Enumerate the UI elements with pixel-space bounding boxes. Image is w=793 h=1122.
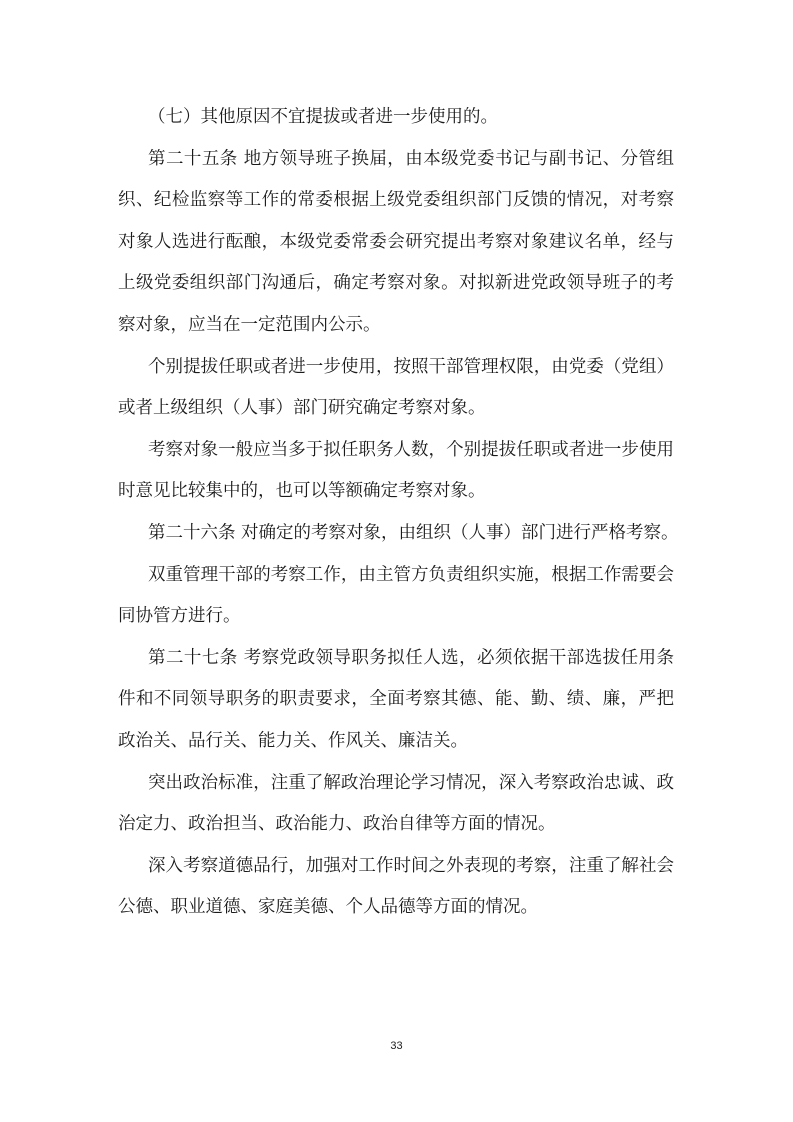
- text-line: 政治关、品行关、能力关、作风关、廉洁关。: [118, 724, 674, 766]
- text-line: 或者上级组织（人事）部门研究确定考察对象。: [118, 391, 674, 433]
- text-line: 第二十六条 对确定的考察对象，由组织（人事）部门进行严格考察。: [118, 516, 674, 558]
- text-line: 考察对象一般应当多于拟任职务人数，个别提拔任职或者进一步使用: [118, 433, 674, 475]
- text-line: 织、纪检监察等工作的常委根据上级党委组织部门反馈的情况，对考察: [118, 183, 674, 225]
- text-line: 个别提拔任职或者进一步使用，按照干部管理权限，由党委（党组）: [118, 350, 674, 392]
- page-number: 33: [0, 1040, 793, 1052]
- text-line: 第二十七条 考察党政领导职务拟任人选，必须依据干部选拔任用条: [118, 641, 674, 683]
- text-line: 时意见比较集中的，也可以等额确定考察对象。: [118, 474, 674, 516]
- text-line: 治定力、政治担当、政治能力、政治自律等方面的情况。: [118, 807, 674, 849]
- text-line: 察对象，应当在一定范围内公示。: [118, 308, 674, 350]
- text-line: 双重管理干部的考察工作，由主管方负责组织实施，根据工作需要会: [118, 558, 674, 600]
- text-line: 突出政治标准，注重了解政治理论学习情况，深入考察政治忠诚、政: [118, 766, 674, 808]
- text-line: 件和不同领导职务的职责要求，全面考察其德、能、勤、绩、廉，严把: [118, 682, 674, 724]
- text-line: 公德、职业道德、家庭美德、个人品德等方面的情况。: [118, 890, 674, 932]
- text-line: 对象人选进行酝酿，本级党委常委会研究提出考察对象建议名单，经与: [118, 225, 674, 267]
- document-body: （七）其他原因不宜提拔或者进一步使用的。 第二十五条 地方领导班子换届，由本级党…: [118, 100, 674, 932]
- text-line: 深入考察道德品行，加强对工作时间之外表现的考察，注重了解社会: [118, 849, 674, 891]
- text-line: 同协管方进行。: [118, 599, 674, 641]
- text-line: 第二十五条 地方领导班子换届，由本级党委书记与副书记、分管组: [118, 142, 674, 184]
- text-line: （七）其他原因不宜提拔或者进一步使用的。: [118, 100, 674, 142]
- text-line: 上级党委组织部门沟通后，确定考察对象。对拟新进党政领导班子的考: [118, 266, 674, 308]
